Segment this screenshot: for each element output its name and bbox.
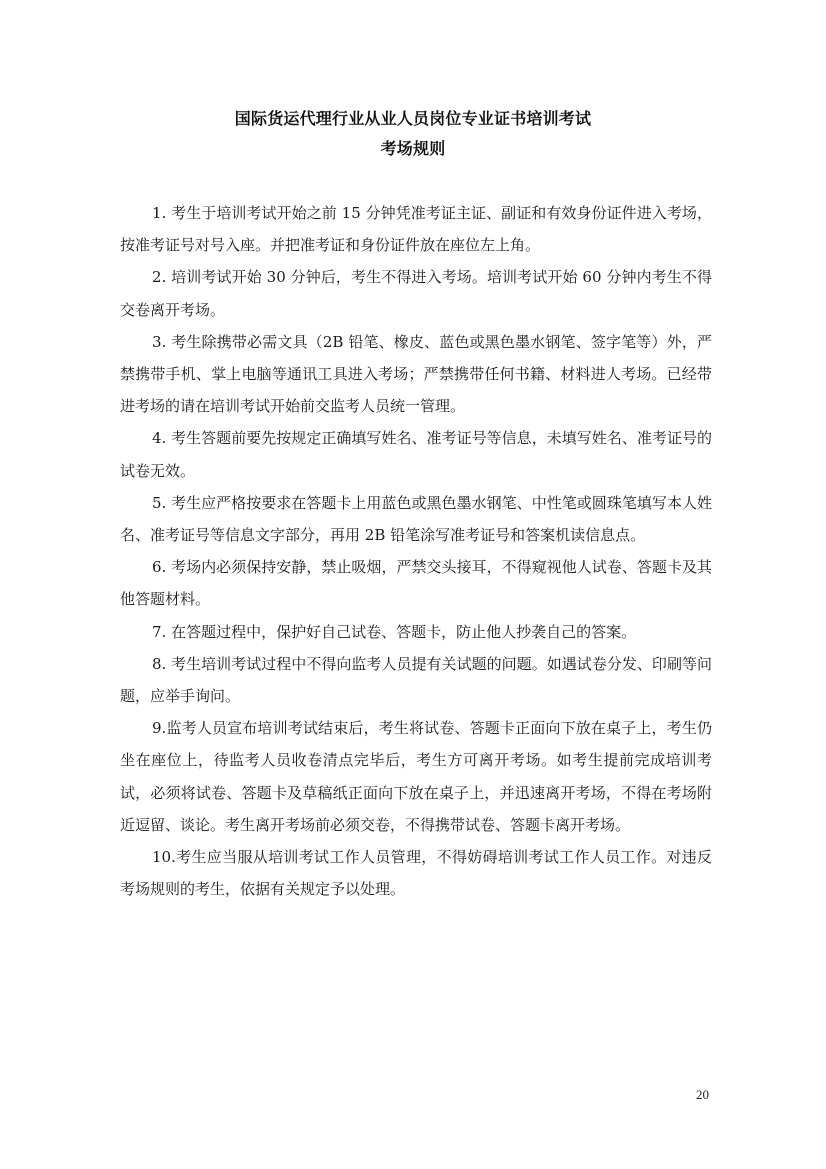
rule-9: 9.监考人员宣布培训考试结束后，考生将试卷、答题卡正面向下放在桌子上，考生仍坐在… xyxy=(120,712,712,841)
rule-7: 7. 在答题过程中，保护好自己试卷、答题卡，防止他人抄袭自己的答案。 xyxy=(120,616,712,648)
rule-2: 2. 培训考试开始 30 分钟后，考生不得进入考场。培训考试开始 60 分钟内考… xyxy=(120,261,712,325)
document-page: 国际货运代理行业从业人员岗位专业证书培训考试 考场规则 1. 考生于培训考试开始… xyxy=(0,0,826,1169)
document-title: 国际货运代理行业从业人员岗位专业证书培训考试 xyxy=(0,106,826,129)
rule-1: 1. 考生于培训考试开始之前 15 分钟凭准考证主证、副证和有效身份证件进入考场… xyxy=(120,197,712,261)
rule-4: 4. 考生答题前要先按规定正确填写姓名、准考证号等信息，未填写姓名、准考证号的试… xyxy=(120,422,712,486)
rule-5: 5. 考生应严格按要求在答题卡上用蓝色或黑色墨水钢笔、中性笔或圆珠笔填写本人姓名… xyxy=(120,487,712,551)
rule-6: 6. 考场内必须保持安静，禁止吸烟，严禁交头接耳，不得窥视他人试卷、答题卡及其他… xyxy=(120,551,712,615)
page-number: 20 xyxy=(696,1087,709,1103)
rule-10: 10.考生应当服从培训考试工作人员管理，不得妨碍培训考试工作人员工作。对违反考场… xyxy=(120,841,712,905)
rule-8: 8. 考生培训考试过程中不得向监考人员提有关试题的问题。如遇试卷分发、印刷等问题… xyxy=(120,648,712,712)
rule-3: 3. 考生除携带必需文具（2B 铅笔、橡皮、蓝色或黑色墨水钢笔、签字笔等）外，严… xyxy=(120,326,712,423)
rules-list: 1. 考生于培训考试开始之前 15 分钟凭准考证主证、副证和有效身份证件进入考场… xyxy=(120,197,712,905)
document-subtitle: 考场规则 xyxy=(0,136,826,159)
